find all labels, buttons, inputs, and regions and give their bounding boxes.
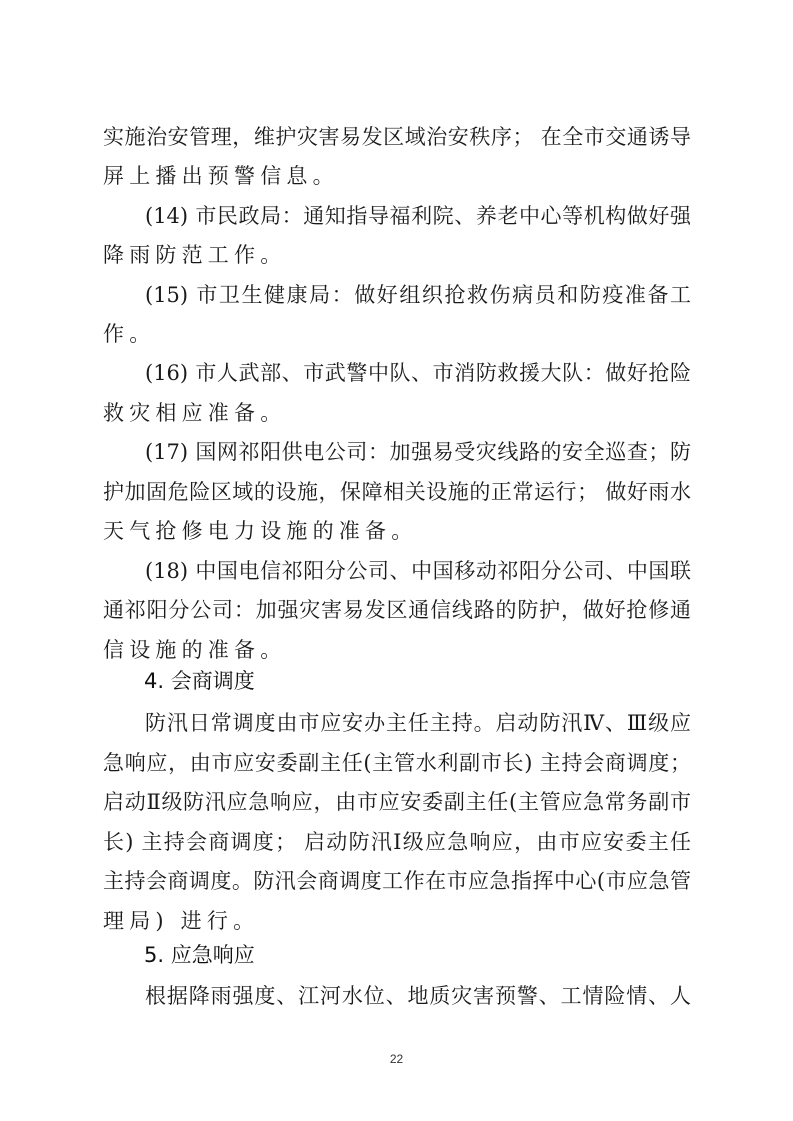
paragraph-line: 实施治安管理，维护灾害易发区域治安秩序； 在全市交通诱导 (103, 117, 691, 157)
item-18-line: (18) 中国电信祁阳分公司、中国移动祁阳分公司、中国联 (145, 551, 691, 591)
section-4-line: 防汛日常调度由市应安办主任主持。启动防汛Ⅳ、Ⅲ级应 (145, 703, 691, 743)
item-16-line: 救灾相应准备。 (103, 393, 691, 433)
section-4-line: 急响应，由市应安委副主任(主管水利副市长) 主持会商调度； (103, 743, 691, 783)
item-18-line: 通祁阳分公司：加强灾害易发区通信线路的防护，做好抢修通 (103, 590, 691, 630)
item-16-line: (16) 市人武部、市武警中队、市消防救援大队：做好抢险 (145, 353, 691, 393)
section-4-line: 启动Ⅱ级防汛应急响应，由市应安委副主任(主管应急常务副市 (103, 782, 691, 822)
page-number: 22 (0, 1052, 793, 1066)
document-page: 实施治安管理，维护灾害易发区域治安秩序； 在全市交通诱导 屏上播出预警信息。 (… (0, 0, 793, 1121)
item-17-line: (17) 国网祁阳供电公司：加强易受灾线路的安全巡查；防 (145, 432, 691, 472)
item-14-line: 降雨防范工作。 (103, 235, 691, 275)
section-4-line: 长) 主持会商调度； 启动防汛Ⅰ级应急响应，由市应安委主任 (103, 822, 691, 862)
item-17-line: 护加固危险区域的设施，保障相关设施的正常运行； 做好雨水 (103, 472, 691, 512)
section-4-line: 主持会商调度。防汛会商调度工作在市应急指挥中心(市应急管 (103, 861, 691, 901)
section-5-line: 根据降雨强度、江河水位、地质灾害预警、工情险情、人 (145, 976, 691, 1016)
item-15-line: 作。 (103, 314, 691, 354)
item-17-line: 天气抢修电力设施的准备。 (103, 511, 691, 551)
item-14-line: (14) 市民政局：通知指导福利院、养老中心等机构做好强 (145, 196, 691, 236)
section-heading-4: 4. 会商调度 (144, 661, 255, 701)
section-heading-5: 5. 应急响应 (144, 935, 255, 975)
item-15-line: (15) 市卫生健康局：做好组织抢救伤病员和防疫准备工 (145, 275, 691, 315)
paragraph-line: 屏上播出预警信息。 (103, 156, 691, 196)
